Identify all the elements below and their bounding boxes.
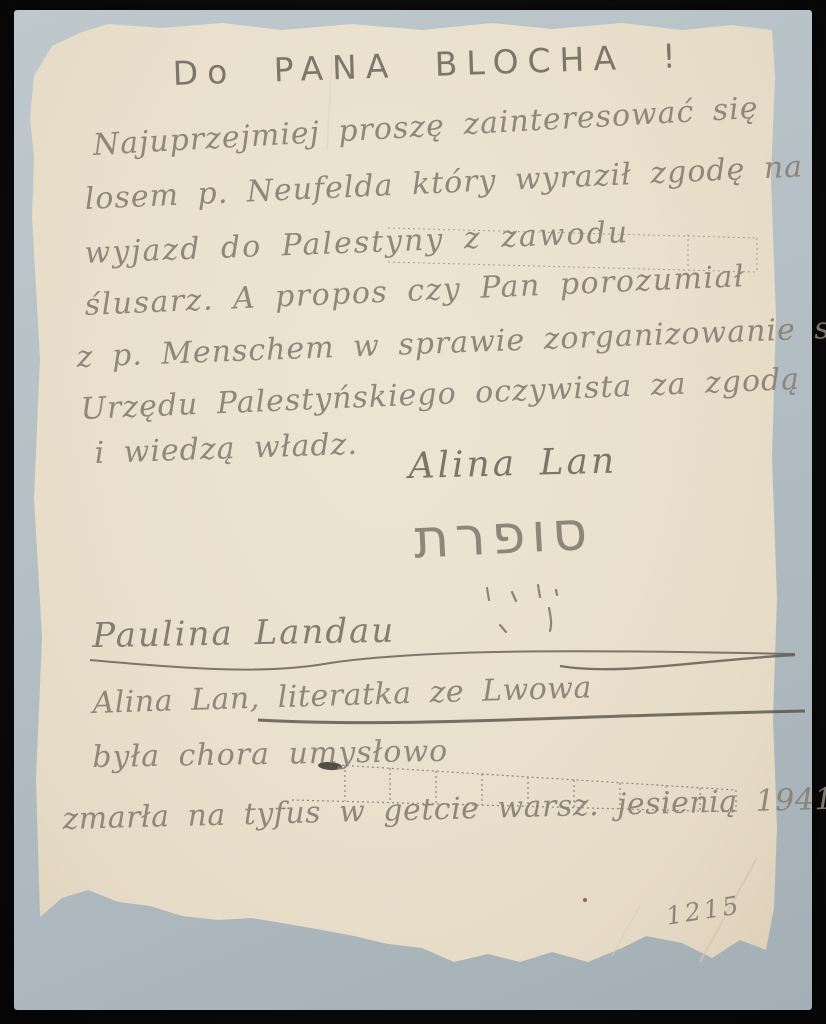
annotation-line: była chora umysłowo [92,734,448,775]
scan-canvas: { "letter": { "title": "Do PANA BLOCHA !… [0,0,826,1024]
letter-signature: Alina Lan [408,441,618,487]
hebrew-word: סופרת [412,499,595,571]
annotation-name: Paulina Landau [92,611,396,656]
